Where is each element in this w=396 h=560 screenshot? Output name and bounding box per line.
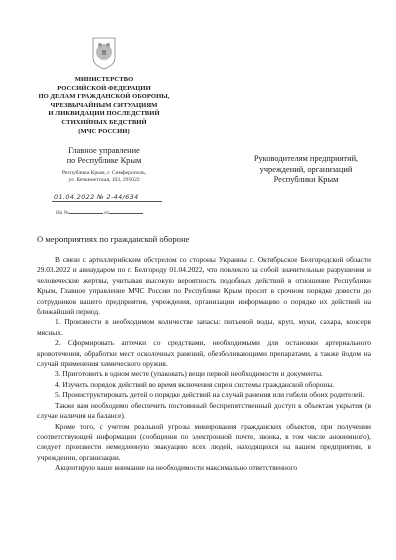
ministry-line: (МЧС РОССИИ)	[20, 128, 188, 137]
reference-line: На № от	[20, 208, 188, 216]
registration-underline	[52, 201, 162, 202]
body-paragraph: В связи с артиллерийским обстрелом со ст…	[37, 255, 371, 317]
subject-line: О мероприятиях по гражданской обороне	[37, 234, 189, 244]
body-paragraph: Кроме того, с учетом реальной угрозы мин…	[37, 422, 371, 464]
department-name: Главное управление по Республике Крым	[20, 146, 188, 166]
body-paragraph: 2. Сформировать аптечки со средствами, н…	[37, 338, 371, 369]
reference-date-blank	[109, 208, 143, 214]
body-paragraph: 1. Произвести в необходимом количестве з…	[37, 317, 371, 338]
body-paragraph: 3. Приготовить в одном месте (упаковать)…	[37, 369, 371, 379]
russian-coat-of-arms-icon	[90, 36, 118, 70]
recipient-line: Республики Крым	[236, 175, 376, 186]
ministry-name: МИНИСТЕРСТВО РОССИЙСКОЙ ФЕДЕРАЦИИ ПО ДЕЛ…	[20, 76, 188, 136]
letter-body: В связи с артиллерийским обстрелом со ст…	[37, 255, 371, 474]
ministry-line: МИНИСТЕРСТВО	[20, 76, 188, 85]
body-paragraph: Акцентирую ваше внимание на необходимост…	[37, 463, 371, 473]
recipient-line: учреждений, организаций	[236, 165, 376, 176]
document-page: МИНИСТЕРСТВО РОССИЙСКОЙ ФЕДЕРАЦИИ ПО ДЕЛ…	[0, 0, 396, 560]
ministry-line: СТИХИЙНЫХ БЕДСТВИЙ	[20, 119, 188, 128]
address-line: Республика Крым, г. Симферополь,	[20, 170, 188, 177]
address: Республика Крым, г. Симферополь, ул. Кеч…	[20, 170, 188, 184]
body-paragraph: Также вам необходимо обеспечить постоянн…	[37, 401, 371, 422]
recipient-line: Руководителям предприятий,	[236, 154, 376, 165]
department-line: по Республике Крым	[20, 156, 188, 166]
recipient-block: Руководителям предприятий, учреждений, о…	[236, 154, 376, 186]
reference-number-blank	[69, 208, 103, 214]
address-line: ул. Кечкеметская, 103, 295022	[20, 177, 188, 184]
ministry-line: ПО ДЕЛАМ ГРАЖДАНСКОЙ ОБОРОНЫ,	[20, 93, 188, 102]
reference-prefix: На №	[56, 210, 69, 216]
ministry-line: И ЛИКВИДАЦИИ ПОСЛЕДСТВИЙ	[20, 110, 188, 119]
body-paragraph: 5. Проинструктировать детей о порядке де…	[37, 390, 371, 400]
registration-number: 01.04.2022 № 2-44/634	[54, 193, 139, 201]
letterhead: МИНИСТЕРСТВО РОССИЙСКОЙ ФЕДЕРАЦИИ ПО ДЕЛ…	[20, 36, 188, 216]
ministry-line: РОССИЙСКОЙ ФЕДЕРАЦИИ	[20, 85, 188, 94]
registration-line: 01.04.2022 № 2-44/634	[20, 193, 188, 203]
department-line: Главное управление	[20, 146, 188, 156]
body-paragraph: 4. Изучить порядок действий во время вкл…	[37, 380, 371, 390]
